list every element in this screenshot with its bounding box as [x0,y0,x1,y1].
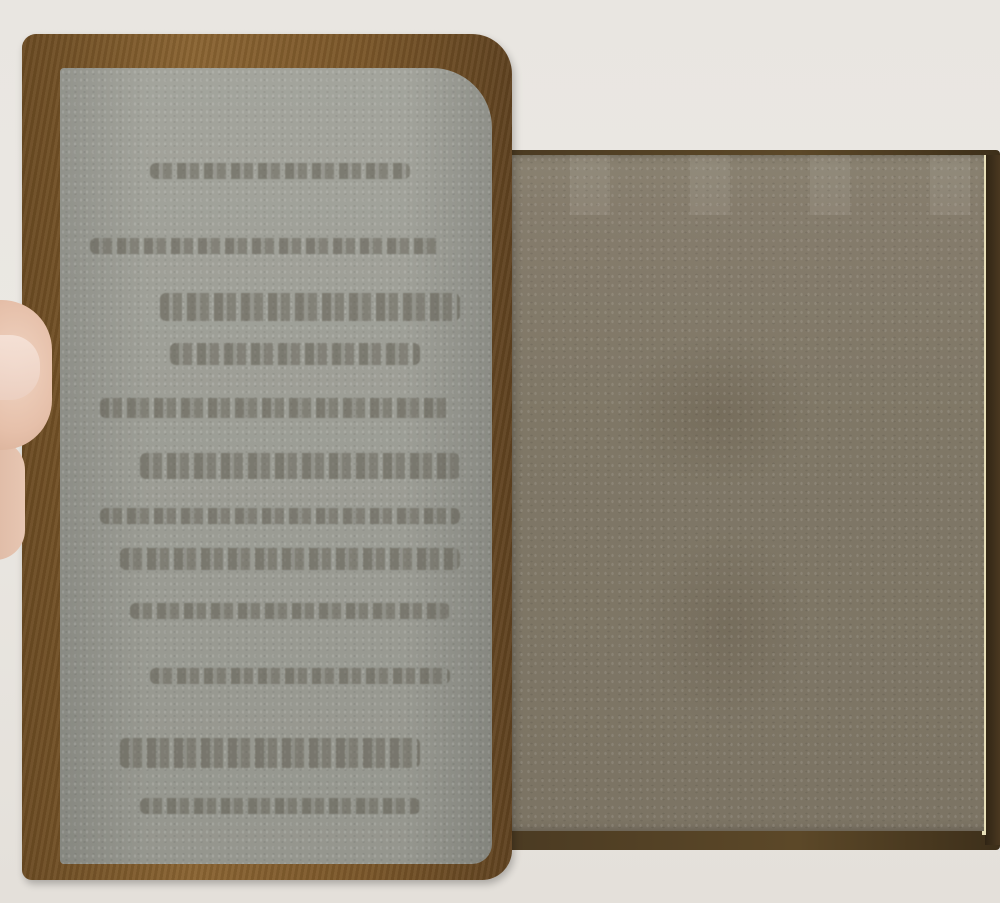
bleed-text-line [100,398,450,418]
bleed-text-line [130,603,450,619]
bleed-text-line [140,453,460,479]
paper-texture [490,155,984,831]
bleed-text-line [100,508,460,524]
bleed-text-line [150,668,450,684]
right-endpaper [490,155,984,831]
bleed-text-line [120,548,460,570]
cover-edge [985,155,1000,845]
bleed-text-line [170,343,420,365]
bleed-text-line [140,798,420,814]
bleed-text-line [160,293,460,321]
bleed-text-line [120,738,420,768]
bleed-text-line [90,238,440,254]
left-endpaper [60,68,492,864]
book-photo [0,0,1000,903]
finger [0,440,25,560]
bleed-text-line [150,163,410,179]
